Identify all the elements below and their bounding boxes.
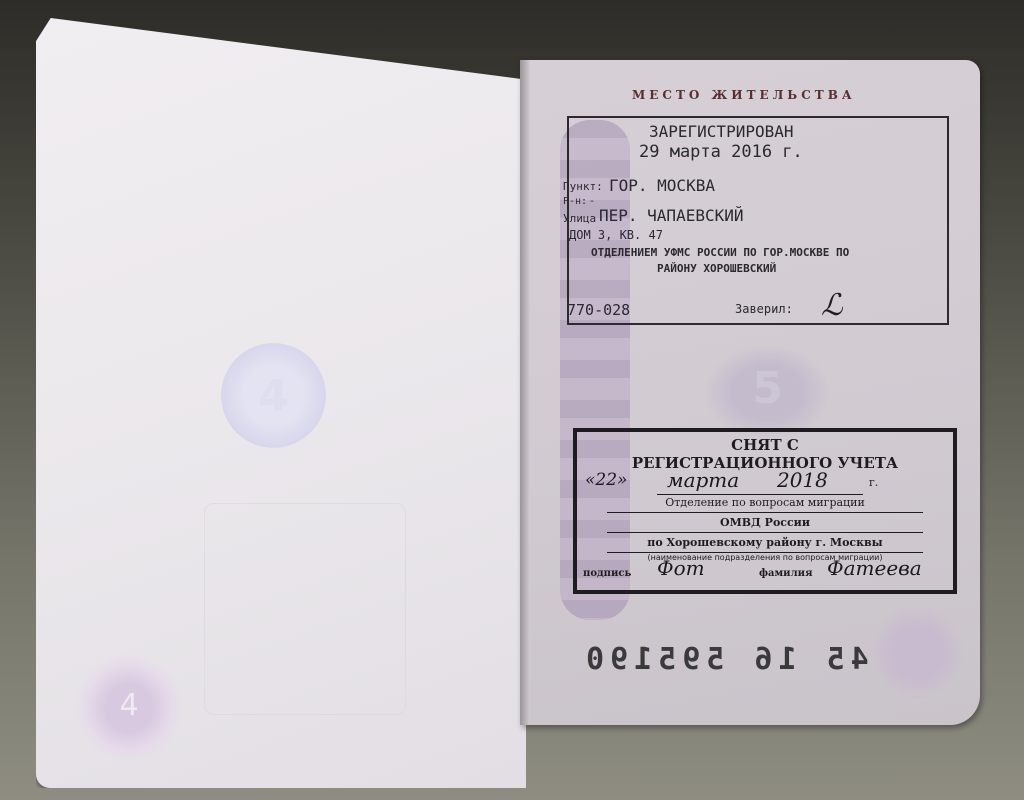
deregistration-stamp: СНЯТ С РЕГИСТРАЦИОННОГО УЧЕТА «22» марта…: [573, 428, 957, 594]
stamp-title: ЗАРЕГИСТРИРОВАН: [649, 122, 794, 141]
authority-line-3: по Хорошевскому району г. Москвы: [581, 536, 949, 549]
page-heading: МЕСТО ЖИТЕЛЬСТВА: [632, 88, 856, 102]
street-value: ПЕР. ЧАПАЕВСКИЙ: [599, 206, 744, 225]
surname-value: Фатеева: [827, 556, 949, 580]
house-apartment: ДОМ 3, КВ. 47: [569, 228, 663, 242]
authority-code: 770-028: [567, 301, 630, 319]
authority-line-2: ОМВД России: [581, 516, 949, 529]
authority-line-1: Отделение по вопросам миграции: [581, 496, 949, 509]
page-number-watermark: 4: [221, 343, 326, 448]
page-number-watermark: 5: [705, 345, 830, 440]
district-label: Р-н:: [563, 196, 587, 207]
blank-field-outline: [204, 503, 406, 715]
district-value: -: [589, 196, 595, 207]
corner-rosette-icon: [870, 605, 965, 700]
authority-line-2: РАЙОНУ ХОРОШЕВСКИЙ: [657, 262, 776, 275]
rosette-number: 4: [74, 688, 184, 723]
perforated-series-number: 45 16 595190: [580, 642, 869, 677]
page-number: 5: [705, 363, 830, 414]
certified-signature: ℒ: [821, 288, 843, 323]
registration-date: 29 марта 2016 г.: [639, 142, 803, 162]
passport-left-page: 4 4: [36, 18, 526, 788]
authority-line-1: ОТДЕЛЕНИЕМ УФМС РОССИИ ПО ГОР.МОСКВЕ ПО: [591, 246, 849, 259]
corner-rosette-icon: 4: [74, 653, 184, 763]
locality-label: Пункт:: [563, 180, 603, 193]
page-number: 4: [221, 371, 326, 422]
registration-stamp: ЗАРЕГИСТРИРОВАН 29 марта 2016 г. Пункт: …: [567, 116, 949, 325]
street-label: Улица: [563, 212, 596, 225]
year-suffix: г.: [869, 476, 949, 489]
stamp-title-line-1: СНЯТ С: [581, 436, 949, 454]
page-gutter: [520, 60, 530, 725]
certified-label: Заверил:: [735, 302, 793, 316]
locality-value: ГОР. МОСКВА: [609, 176, 715, 195]
